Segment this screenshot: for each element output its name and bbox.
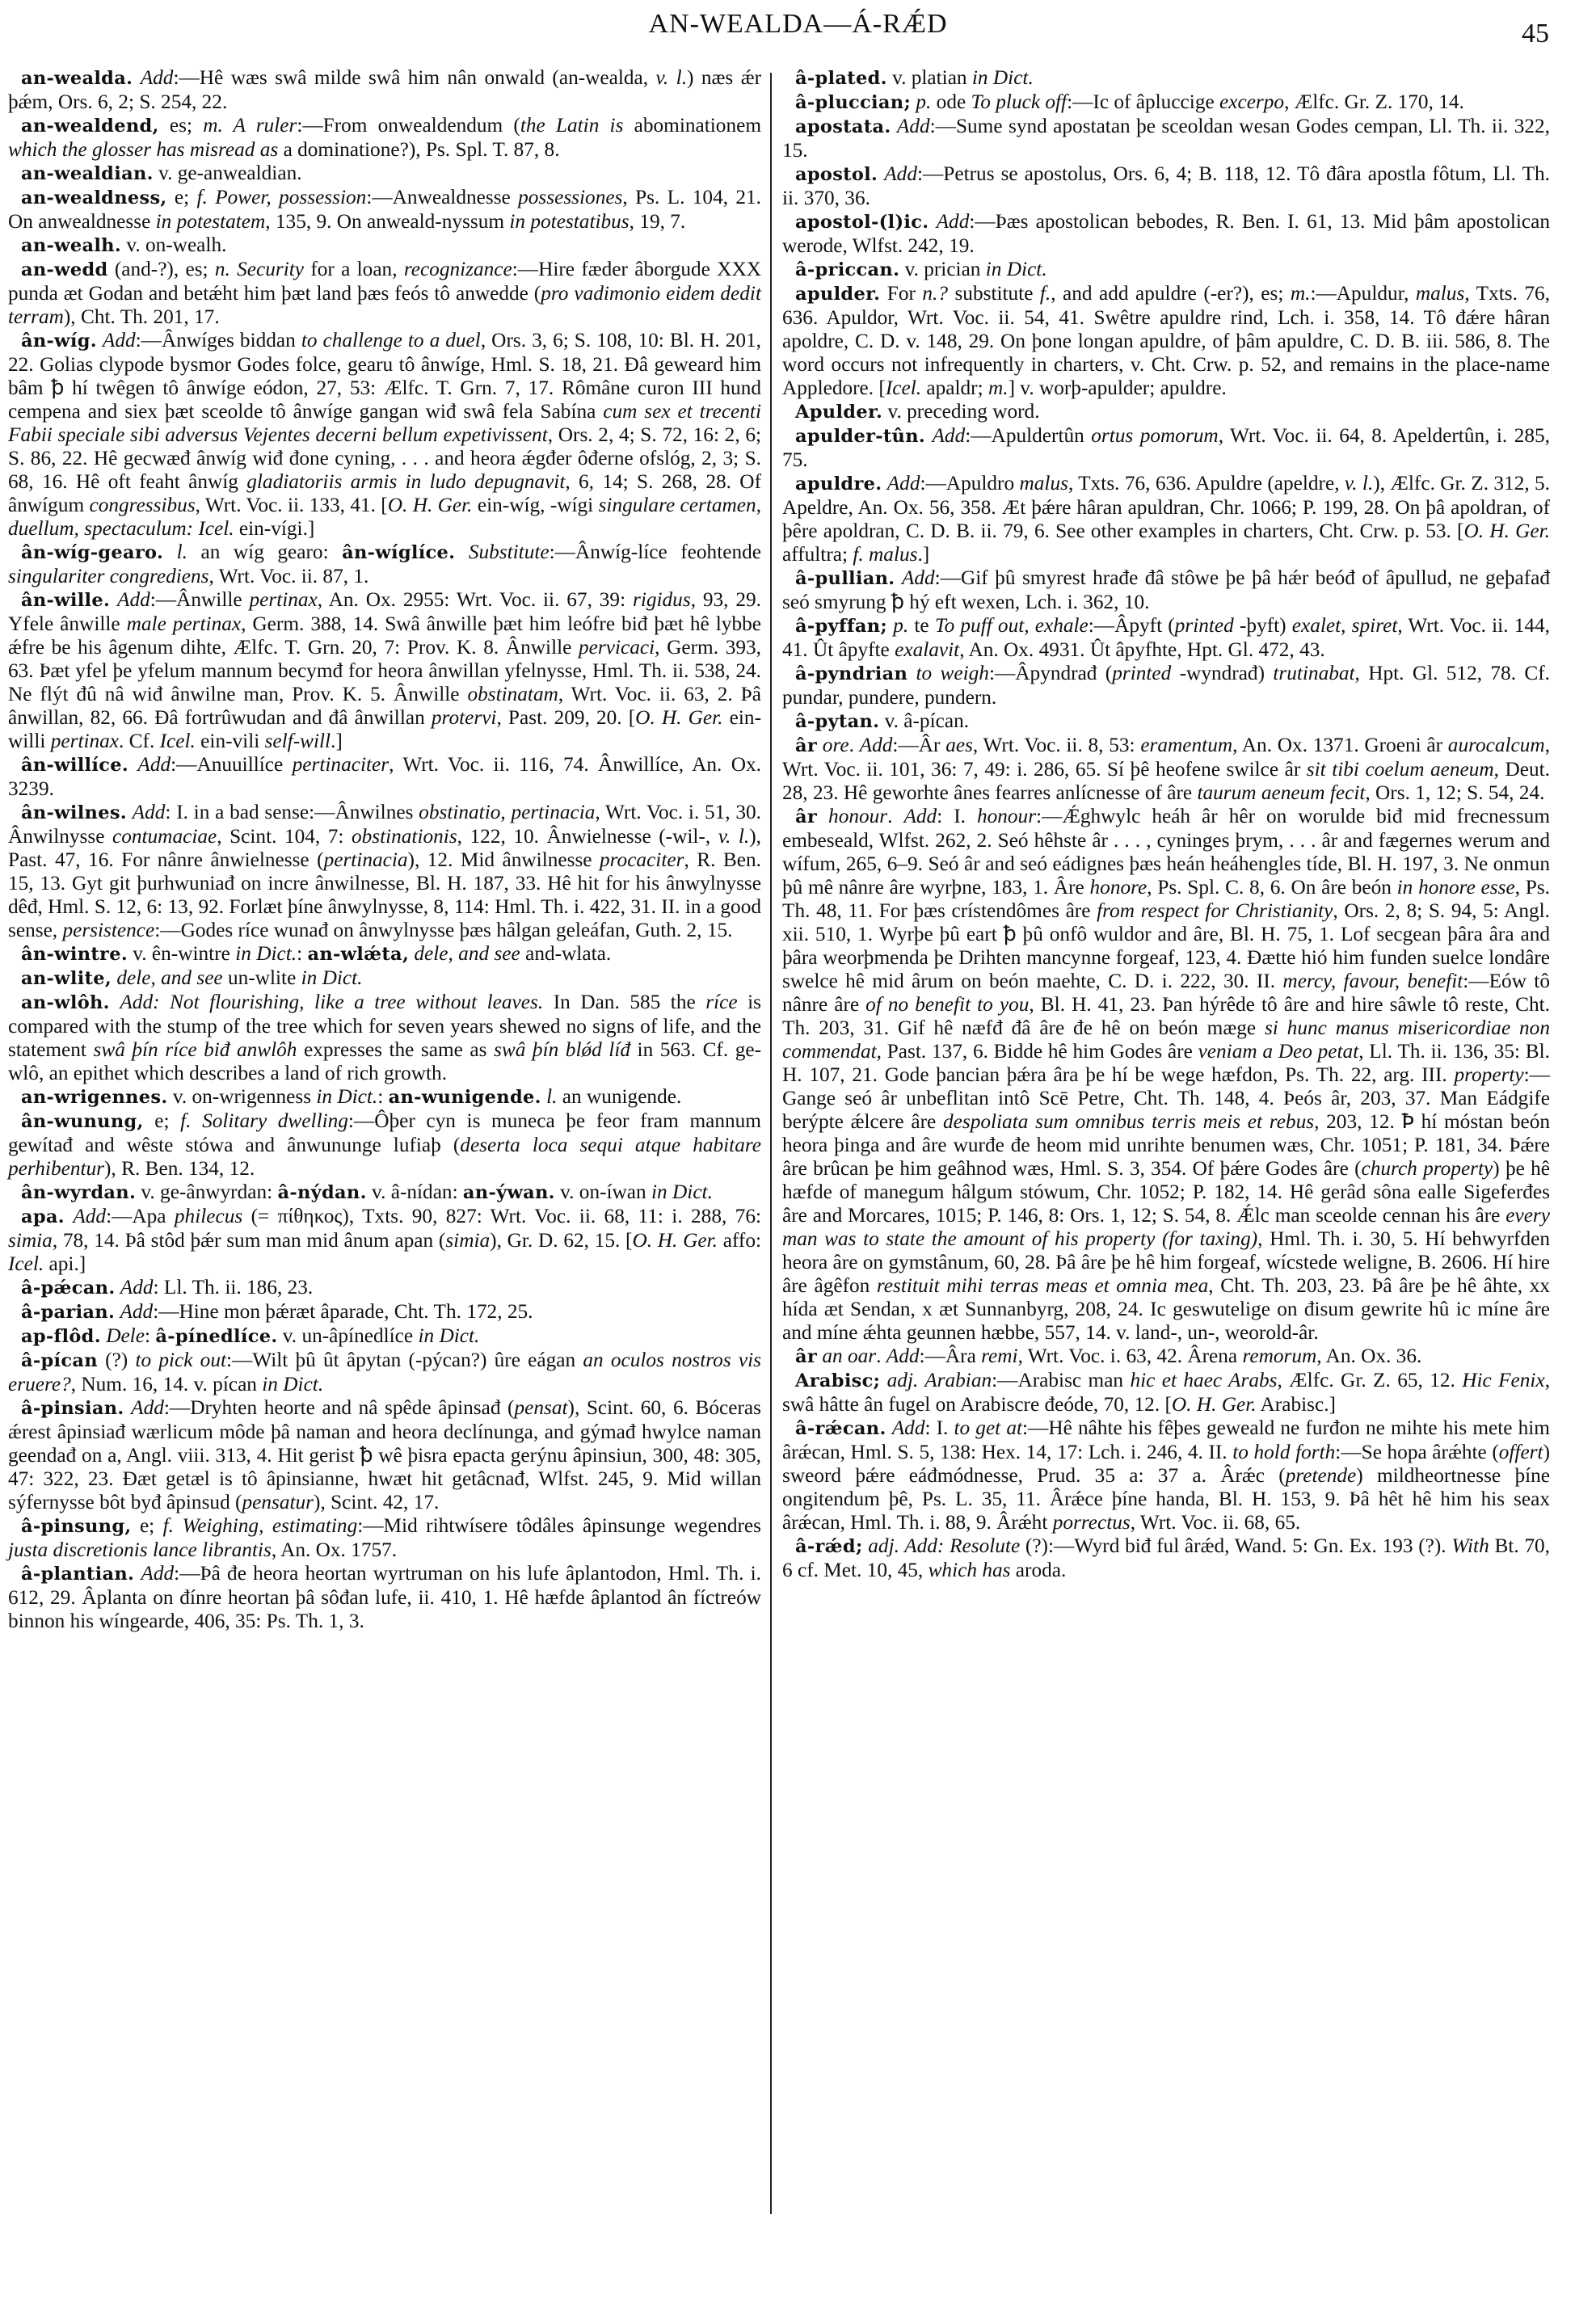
italic-gloss: pensatur [242, 1491, 314, 1513]
entry-headword: â-priccan. [795, 259, 899, 280]
italic-gloss: exalet, spiret [1292, 614, 1398, 637]
dictionary-entry: â-pluccian; p. ode To pluck off:—Ic of â… [782, 91, 1550, 115]
italic-gloss: Add [73, 1205, 106, 1227]
italic-gloss: pervicaci [579, 636, 655, 659]
entry-text: , Ælfc. Gr. Z. 170, 14. [1284, 91, 1464, 113]
italic-gloss: O. H. Ger. [1172, 1393, 1257, 1416]
entry-text: :—Godes ríce wunađ on ânwylnysse þæs hâl… [154, 919, 732, 941]
italic-gloss: O. H. Ger. [632, 1229, 718, 1252]
italic-gloss: sit tibi coelum aeneum [1307, 758, 1494, 781]
entry-text: , An. Ox. 1371. Groeni âr [1232, 734, 1448, 756]
italic-gloss: self-will [265, 730, 331, 752]
dictionary-entry: â-pyndrian to weigh:—Âpyndrađ (printed -… [782, 662, 1550, 709]
entry-text: :—Âra [920, 1345, 982, 1367]
italic-gloss: singulariter congrediens [8, 565, 209, 587]
entry-text: un-wlite [223, 966, 301, 989]
italic-gloss: v. l. [1345, 472, 1373, 495]
entry-headword: an-wealdend, [21, 116, 159, 137]
dictionary-entry: apostata. Add:—Sume synd apostatan þe sc… [782, 115, 1550, 162]
dictionary-entry: â-parian. Add:—Hine mon þǽræt âparade, C… [8, 1300, 761, 1324]
italic-gloss: despoliata sum omnibus terris meis et re… [943, 1110, 1314, 1133]
italic-gloss: f. Weighing, estimating [163, 1514, 358, 1537]
entry-text: v. ge-ânwyrdan: [141, 1181, 277, 1203]
entry-text: e; [154, 1109, 180, 1132]
entry-headword: âr [795, 1346, 817, 1367]
entry-text: , Past. 137, 6. Bidde hê him Godes âre [877, 1040, 1198, 1063]
entry-headword: ân-wilnes. [21, 802, 127, 823]
italic-gloss: of no benefit to you [865, 993, 1029, 1016]
entry-text: v. â-nídan: [367, 1181, 463, 1203]
italic-gloss: protervi [432, 706, 497, 729]
entry-headword: ap-flôd. [21, 1326, 101, 1347]
entry-text: For [887, 282, 923, 305]
entry-headword: â-pluccian; [795, 92, 911, 113]
italic-gloss: n.? [922, 282, 948, 305]
entry-headword: an-wealdian. [21, 163, 154, 184]
entry-text: , 135, 9. On anweald-nyssum [265, 210, 509, 233]
right-column: â-plated. v. platian in Dict.â-pluccian;… [782, 66, 1550, 1582]
italic-gloss: printed [1112, 662, 1171, 684]
dictionary-entry: â-plated. v. platian in Dict. [782, 66, 1550, 91]
entry-text: v. on-wrigenness [173, 1085, 317, 1108]
italic-gloss: in Dict. [972, 66, 1034, 89]
entry-text: affultra; [782, 543, 853, 566]
entry-headword: â-pinsian. [21, 1398, 124, 1419]
italic-gloss: porrectus [1053, 1511, 1131, 1534]
entry-headword: ân-wíg. [21, 330, 97, 351]
dictionary-entry: an-wedd (and-?), es; n. Security for a l… [8, 258, 761, 329]
italic-gloss: excerpo [1219, 91, 1284, 113]
entry-text: , Num. 16, 14. v. pícan [71, 1373, 263, 1395]
italic-gloss: simia [8, 1229, 53, 1252]
italic-gloss: Add [886, 1345, 920, 1367]
entry-text: v. prician [905, 258, 986, 280]
italic-gloss: procaciter [600, 848, 684, 871]
dictionary-entry: apa. Add:—Apa philecus (= πίθηκος), Txts… [8, 1205, 761, 1276]
entry-text: :—Ânwíges biddan [136, 329, 301, 351]
italic-gloss: Dele [106, 1324, 145, 1347]
italic-gloss: pretende [1286, 1464, 1357, 1487]
entry-text: :—Apuldro [920, 472, 1019, 495]
italic-gloss: restituit mihi terras meas et omnia mea [877, 1274, 1208, 1297]
italic-gloss: Add [120, 1300, 153, 1323]
italic-gloss: Add [103, 329, 136, 351]
italic-gloss: swâ þín blǿd líđ [494, 1038, 630, 1061]
italic-gloss: pertinax [249, 588, 317, 611]
italic-gloss: in Dict. [316, 1085, 377, 1108]
italic-gloss: Add [137, 753, 171, 776]
entry-headword: Arabisc; [795, 1370, 880, 1391]
entry-text: aroda. [1010, 1559, 1066, 1581]
italic-gloss: Icel. [886, 377, 921, 399]
dictionary-entry: an-wealdend, es; m. A ruler:—From onweal… [8, 114, 761, 162]
entry-text: (= πίθηκος), Txts. 90, 827: Wrt. Voc. ii… [242, 1205, 761, 1227]
entry-text: (and-?), es; [115, 258, 215, 280]
italic-gloss: rigidus [633, 588, 691, 611]
entry-headword: â-pullian. [795, 568, 895, 589]
entry-text: ), Cht. Th. 201, 17. [64, 305, 220, 328]
italic-gloss: Substitute [469, 541, 550, 563]
entry-text: : Ll. Th. ii. 186, 23. [154, 1276, 314, 1299]
dictionary-entry: â-pícan (?) to pick out:—Wilt þû ût âpyt… [8, 1349, 761, 1396]
entry-headword: â-nýdan. [277, 1182, 366, 1203]
italic-gloss: eramentum [1140, 734, 1232, 756]
italic-gloss: To puff out, exhale [935, 614, 1089, 637]
entry-headword: â-pícan [21, 1350, 98, 1371]
italic-gloss: dele, and see [414, 942, 520, 965]
dictionary-entry: ân-willíce. Add:—Anuuillíce pertinaciter… [8, 753, 761, 801]
entry-headword: ân-wyrdan. [21, 1182, 136, 1203]
dictionary-entry: apostol. Add:—Petrus se apostolus, Ors. … [782, 162, 1550, 210]
italic-gloss: printed [1175, 614, 1234, 637]
entry-text: e; [140, 1514, 163, 1537]
italic-gloss: possessiones [518, 186, 622, 208]
entry-text: an wunigende. [557, 1085, 681, 1108]
italic-gloss: Add [141, 66, 174, 89]
italic-gloss: Add [937, 210, 970, 233]
italic-gloss: obstinationis [352, 825, 457, 848]
entry-text: ein-wíg, -wígi [473, 494, 599, 516]
dictionary-entry: an-wealdness, e; f. Power, possession:—A… [8, 186, 761, 234]
entry-headword: apulder-tûn. [795, 426, 925, 447]
italic-gloss: malus [1416, 282, 1464, 305]
italic-gloss: To pluck off [971, 91, 1068, 113]
running-head: AN-WEALDA—Á-RǼD 45 [0, 6, 1596, 47]
italic-gloss: Add [120, 1276, 154, 1299]
italic-gloss: an oar [822, 1345, 876, 1367]
entry-headword: an-wlǽta, [307, 944, 409, 965]
italic-gloss: in potestatibus [509, 210, 629, 233]
italic-gloss: to challenge to a duel [301, 329, 481, 351]
entry-text: for a loan, [304, 258, 404, 280]
italic-gloss: Add [117, 588, 150, 611]
entry-text: : I. [937, 805, 977, 827]
italic-gloss: dele, and see [116, 966, 222, 989]
dictionary-entry: â-pullian. Add:—Gif þû smyrest hrađe đâ … [782, 566, 1550, 614]
dictionary-entry: â-pinsung, e; f. Weighing, estimating:—M… [8, 1514, 761, 1562]
entry-text: Arabisc.] [1257, 1393, 1336, 1416]
italic-gloss: v. l. [656, 66, 687, 89]
italic-gloss: property [1454, 1063, 1523, 1086]
dictionary-entry: ân-wyrdan. v. ge-ânwyrdan: â-nýdan. v. â… [8, 1181, 761, 1205]
italic-gloss: Add [887, 472, 920, 495]
italic-gloss: persistence [62, 919, 154, 941]
entry-text: :—Gif þû smyrest hrađe đâ stôwe þe þâ hǽ… [782, 566, 1550, 613]
entry-headword: an-wealh. [21, 235, 121, 256]
entry-text: , 78, 14. Þâ stôd þǽr sum man mid ânum a… [53, 1229, 446, 1252]
italic-gloss: pertinax [51, 730, 119, 752]
entry-headword: apuldre. [795, 474, 882, 495]
entry-text: v. on-wealh. [126, 234, 226, 256]
dictionary-entry: an-wlôh. Add: Not flourishing, like a tr… [8, 991, 761, 1085]
entry-headword: â-pǽcan. [21, 1278, 115, 1299]
italic-gloss: Icel. [160, 730, 196, 752]
page-number: 45 [1522, 16, 1549, 52]
entry-headword: apostata. [795, 116, 891, 137]
entry-text: v. on-íwan [555, 1181, 651, 1203]
entry-headword: âr [795, 806, 817, 827]
italic-gloss: malus [1020, 472, 1068, 495]
entry-text: . [849, 734, 860, 756]
entry-text: te [908, 614, 935, 637]
italic-gloss: Add [903, 805, 937, 827]
entry-text: :—Hê wæs swâ milde swâ him nân onwald (a… [173, 66, 655, 89]
entry-headword: âr [795, 735, 817, 756]
dictionary-entry: âr ore. Add:—Âr aes, Wrt. Voc. ii. 8, 53… [782, 734, 1550, 805]
entry-text: and-wlata. [520, 942, 611, 965]
dictionary-entry: Arabisc; adj. Arabian:—Arabisc man hic e… [782, 1369, 1550, 1416]
entry-text: :—Apuldertûn [965, 424, 1091, 447]
dictionary-entry: â-pyffan; p. te To puff out, exhale:—Âpy… [782, 614, 1550, 662]
entry-text: :—Hine mon þǽræt âparade, Cht. Th. 172, … [153, 1300, 533, 1323]
entry-text: .] [331, 730, 343, 752]
entry-text: ), 12. Mid ânwilnesse [408, 848, 600, 871]
italic-gloss: n. Security [215, 258, 304, 280]
entry-text: ein-vígi.] [234, 517, 315, 540]
entry-headword: â-plated. [795, 68, 887, 89]
italic-gloss: With [1451, 1534, 1489, 1557]
entry-text: v. ge-anwealdian. [158, 162, 301, 184]
entry-text: , An. Ox. 36. [1316, 1345, 1421, 1367]
dictionary-entry: â-pytan. v. â-pícan. [782, 709, 1550, 734]
italic-gloss: adj. Add: Resolute [868, 1534, 1020, 1557]
column-divider [770, 73, 772, 2214]
entry-text: v. ên-wintre [133, 942, 235, 965]
italic-gloss: Hic Fenix [1462, 1369, 1545, 1391]
running-title: AN-WEALDA—Á-RǼD [0, 6, 1596, 42]
dictionary-entry: ap-flôd. Dele: â-pínedlíce. v. un-âpíned… [8, 1324, 761, 1349]
entry-text: :—Anuuillíce [171, 753, 293, 776]
entry-text: , Ælfc. Gr. Z. 65, 12. [1277, 1369, 1462, 1391]
entry-text: . [876, 1345, 886, 1367]
italic-gloss: church property [1362, 1157, 1493, 1180]
italic-gloss: recognizance [404, 258, 512, 280]
entry-headword: apostol. [795, 164, 878, 185]
entry-headword: â-pyndrian [795, 663, 907, 684]
entry-text: :—Arabisc man [992, 1369, 1130, 1391]
entry-headword: an-wealdness, [21, 187, 167, 208]
entry-text: , Wrt. Voc. ii. 87, 1. [209, 565, 369, 587]
italic-gloss: Add [131, 1396, 164, 1419]
entry-text: -þyft) [1234, 614, 1292, 637]
italic-gloss: in Dict. [418, 1324, 479, 1347]
entry-text: ode [931, 91, 971, 113]
italic-gloss: l. [546, 1085, 557, 1108]
italic-gloss: Icel. [8, 1252, 44, 1275]
entry-text: , and add apuldre (-er?), es; [1051, 282, 1291, 305]
italic-gloss: O. H. Ger. [388, 494, 473, 516]
entry-text: -wyndrađ) [1171, 662, 1273, 684]
italic-gloss: ortus pomorum [1091, 424, 1218, 447]
italic-gloss: Add [902, 566, 935, 589]
entry-text: :—Ânwille [150, 588, 250, 611]
entry-text: v. preceding word. [888, 400, 1040, 423]
italic-gloss: adj. Arabian [887, 1369, 992, 1391]
italic-gloss: v. l. [718, 825, 750, 848]
italic-gloss: to get at [954, 1416, 1023, 1439]
italic-gloss: ríce [705, 991, 737, 1013]
italic-gloss: in Dict. [651, 1181, 713, 1203]
dictionary-entry: ân-wintre. v. ên-wintre in Dict.: an-wlǽ… [8, 942, 761, 966]
italic-gloss: Add [884, 162, 917, 185]
italic-gloss: swâ þín ríce biđ anwlôh [93, 1038, 297, 1061]
italic-gloss: f. Solitary dwelling [180, 1109, 348, 1132]
italic-gloss: aes [945, 734, 973, 756]
entry-headword: ân-wille. [21, 590, 110, 611]
entry-headword: apostol-(l)ic. [795, 212, 929, 233]
entry-text: :—Âpyndrađ ( [989, 662, 1112, 684]
dictionary-entry: apostol-(l)ic. Add:—Þæs apostolican bebo… [782, 210, 1550, 258]
entry-headword: an-wunigende. [389, 1087, 541, 1108]
entry-text: , 122, 10. Ânwielnesse (-wil-, [457, 825, 718, 848]
entry-headword: â-pyffan; [795, 616, 887, 637]
entry-text: , An. Ox. 2955: Wrt. Voc. ii. 67, 39: [318, 588, 633, 611]
dictionary-entry: â-rǽd; adj. Add: Resolute (?):—Wyrd biđ … [782, 1534, 1550, 1582]
entry-headword: â-rǽd; [795, 1536, 863, 1557]
entry-text: , Wrt. Voc. ii. 133, 41. [ [196, 494, 388, 516]
italic-gloss: which has [929, 1559, 1011, 1581]
dictionary-entry: â-rǽcan. Add: I. to get at:—Hê nâhte his… [782, 1416, 1550, 1534]
entry-text: : [145, 1324, 155, 1347]
entry-text: affo: [718, 1229, 761, 1252]
italic-gloss: pertinaciter [293, 753, 389, 776]
italic-gloss: f. [1040, 282, 1051, 305]
dictionary-entry: an-wrigennes. v. on-wrigenness in Dict.:… [8, 1085, 761, 1109]
entry-text: , 19, 7. [630, 210, 686, 233]
entry-headword: an-wlôh. [21, 992, 110, 1013]
entry-text: :—Âr [892, 734, 945, 756]
italic-gloss: gladiatoriis armis in ludo depugnavit [246, 470, 565, 493]
dictionary-entry: â-pinsian. Add:—Dryhten heorte and nâ sp… [8, 1396, 761, 1514]
italic-gloss: veniam a Deo petat [1198, 1040, 1359, 1063]
entry-text: . Cf. [119, 730, 160, 752]
entry-text [455, 541, 469, 563]
entry-text: , Wrt. Voc. ii. 68, 65. [1131, 1511, 1301, 1534]
italic-gloss: obstinatio, pertinacia [419, 801, 595, 823]
italic-gloss: honour [828, 805, 887, 827]
entry-text: : I. [924, 1416, 954, 1439]
entry-text: : I. in a bad sense:—Ânwilnes [165, 801, 419, 823]
italic-gloss: remorum [1242, 1345, 1316, 1367]
entry-text: , An. Ox. 4931. Ût âpyfhte, Hpt. Gl. 472… [959, 638, 1325, 661]
entry-text: :—Anwealdnesse [366, 186, 518, 208]
entry-text: In Dan. 585 the [543, 991, 705, 1013]
italic-gloss: philecus [175, 1205, 242, 1227]
entry-headword: â-parian. [21, 1302, 115, 1323]
italic-gloss: aurocalcum [1448, 734, 1545, 756]
dictionary-entry: ân-wíg. Add:—Ânwíges biddan to challenge… [8, 329, 761, 541]
entry-text: e; [175, 186, 197, 208]
entry-headword: â-pinsung, [21, 1516, 132, 1537]
entry-text: , Scint. 104, 7: [217, 825, 352, 848]
entry-text: :—Apuldur, [1310, 282, 1415, 305]
italic-gloss: to hold forth [1232, 1441, 1335, 1463]
entry-text: : [297, 942, 307, 965]
italic-gloss: pertinacia [324, 848, 408, 871]
italic-gloss: O. H. Ger. [635, 706, 722, 729]
entry-text: :—Dryhten heorte and nâ spêde âpinsađ ( [164, 1396, 515, 1419]
italic-gloss: taurum aeneum fecit [1197, 781, 1365, 804]
dictionary-entry: â-plantian. Add:—Þâ đe heora heortan wyr… [8, 1562, 761, 1633]
italic-gloss: in Dict. [986, 258, 1047, 280]
entry-text: v. platian [892, 66, 972, 89]
dictionary-entry: an-wlite, dele, and see un-wlite in Dict… [8, 966, 761, 991]
entry-text: , Txts. 76, 636. Apuldre (apeldre, [1068, 472, 1345, 495]
italic-gloss: male pertinax [127, 612, 241, 635]
entry-headword: â-pytan. [795, 711, 879, 732]
dictionary-entry: ân-wunung, e; f. Solitary dwelling:—Ôþer… [8, 1109, 761, 1181]
italic-gloss: exalavit [895, 638, 959, 661]
entry-text: abominationem [623, 114, 761, 137]
entry-text: an wíg gearo: [187, 541, 342, 563]
entry-text: :—Ic of âpluccige [1067, 91, 1219, 113]
entry-text: api.] [44, 1252, 86, 1275]
entry-text: ), Gr. D. 62, 15. [ [490, 1229, 632, 1252]
entry-text: :—Âpyft ( [1089, 614, 1175, 637]
italic-gloss: ore [823, 734, 849, 756]
entry-headword: ân-wíglíce. [342, 542, 455, 563]
italic-gloss: f. malus [853, 543, 917, 566]
italic-gloss: in honore esse [1397, 876, 1515, 899]
dictionary-entry: âr an oar. Add:—Âra remi, Wrt. Voc. i. 6… [782, 1345, 1550, 1369]
italic-gloss: the Latin is [520, 114, 624, 137]
italic-gloss: trutinabat [1273, 662, 1354, 684]
italic-gloss: f. Power, possession [197, 186, 367, 208]
italic-gloss: Add [860, 734, 893, 756]
entry-text: expresses the same as [297, 1038, 494, 1061]
entry-headword: ân-willíce. [21, 755, 128, 776]
italic-gloss: to weigh [916, 662, 989, 684]
italic-gloss: in Dict. [262, 1373, 323, 1395]
entry-headword: an-wedd [21, 259, 108, 280]
italic-gloss: honour [977, 805, 1036, 827]
italic-gloss: in Dict. [235, 942, 297, 965]
dictionary-entry: an-wealh. v. on-wealh. [8, 234, 761, 258]
entry-headword: apulder. [795, 284, 880, 305]
entry-headword: an-wrigennes. [21, 1087, 168, 1108]
italic-gloss: from respect for Christianity [1097, 899, 1333, 922]
italic-gloss: pensat [514, 1396, 567, 1419]
entry-text: :—Wilt þû ût âpytan (-pýcan?) ûre eágan [226, 1349, 583, 1371]
entry-text: , Past. 209, 20. [ [496, 706, 635, 729]
italic-gloss: honore [1090, 876, 1148, 899]
italic-gloss: O. H. Ger. [1463, 520, 1550, 542]
italic-gloss: hic et haec Arabs [1130, 1369, 1277, 1391]
entry-text: .] [917, 543, 929, 566]
dictionary-entry: âr honour. Add: I. honour:—Ǽghwylc heáh … [782, 805, 1550, 1345]
italic-gloss: Add [141, 1562, 174, 1585]
entry-headword: Apulder. [795, 402, 882, 423]
entry-text: a dominatione?), Ps. Spl. T. 87, 8. [278, 138, 559, 161]
italic-gloss: Add [897, 115, 930, 137]
entry-headword: an-wealda. [21, 68, 133, 89]
entry-text: : [377, 1085, 388, 1108]
entry-headword: ân-wunung, [21, 1111, 144, 1132]
dictionary-entry: an-wealdian. v. ge-anwealdian. [8, 162, 761, 186]
entry-text: , Ors. 1, 12; S. 54, 24. [1365, 781, 1544, 804]
italic-gloss: m. A ruler [203, 114, 297, 137]
entry-text: ), Scint. 42, 17. [314, 1491, 439, 1513]
entry-text: ] v. worþ-apulder; apuldre. [1009, 377, 1227, 399]
italic-gloss: justa discretionis lance librantis [8, 1539, 272, 1561]
italic-gloss: simia [445, 1229, 490, 1252]
entry-headword: â-plantian. [21, 1564, 134, 1585]
entry-text: es; [170, 114, 203, 137]
italic-gloss: to pick out [135, 1349, 226, 1371]
entry-text: :—Mid rihtwísere tôdâles âpinsunge wegen… [357, 1514, 761, 1537]
italic-gloss: p. [916, 91, 931, 113]
dictionary-entry: apulder. For n.? substitute f., and add … [782, 282, 1550, 400]
